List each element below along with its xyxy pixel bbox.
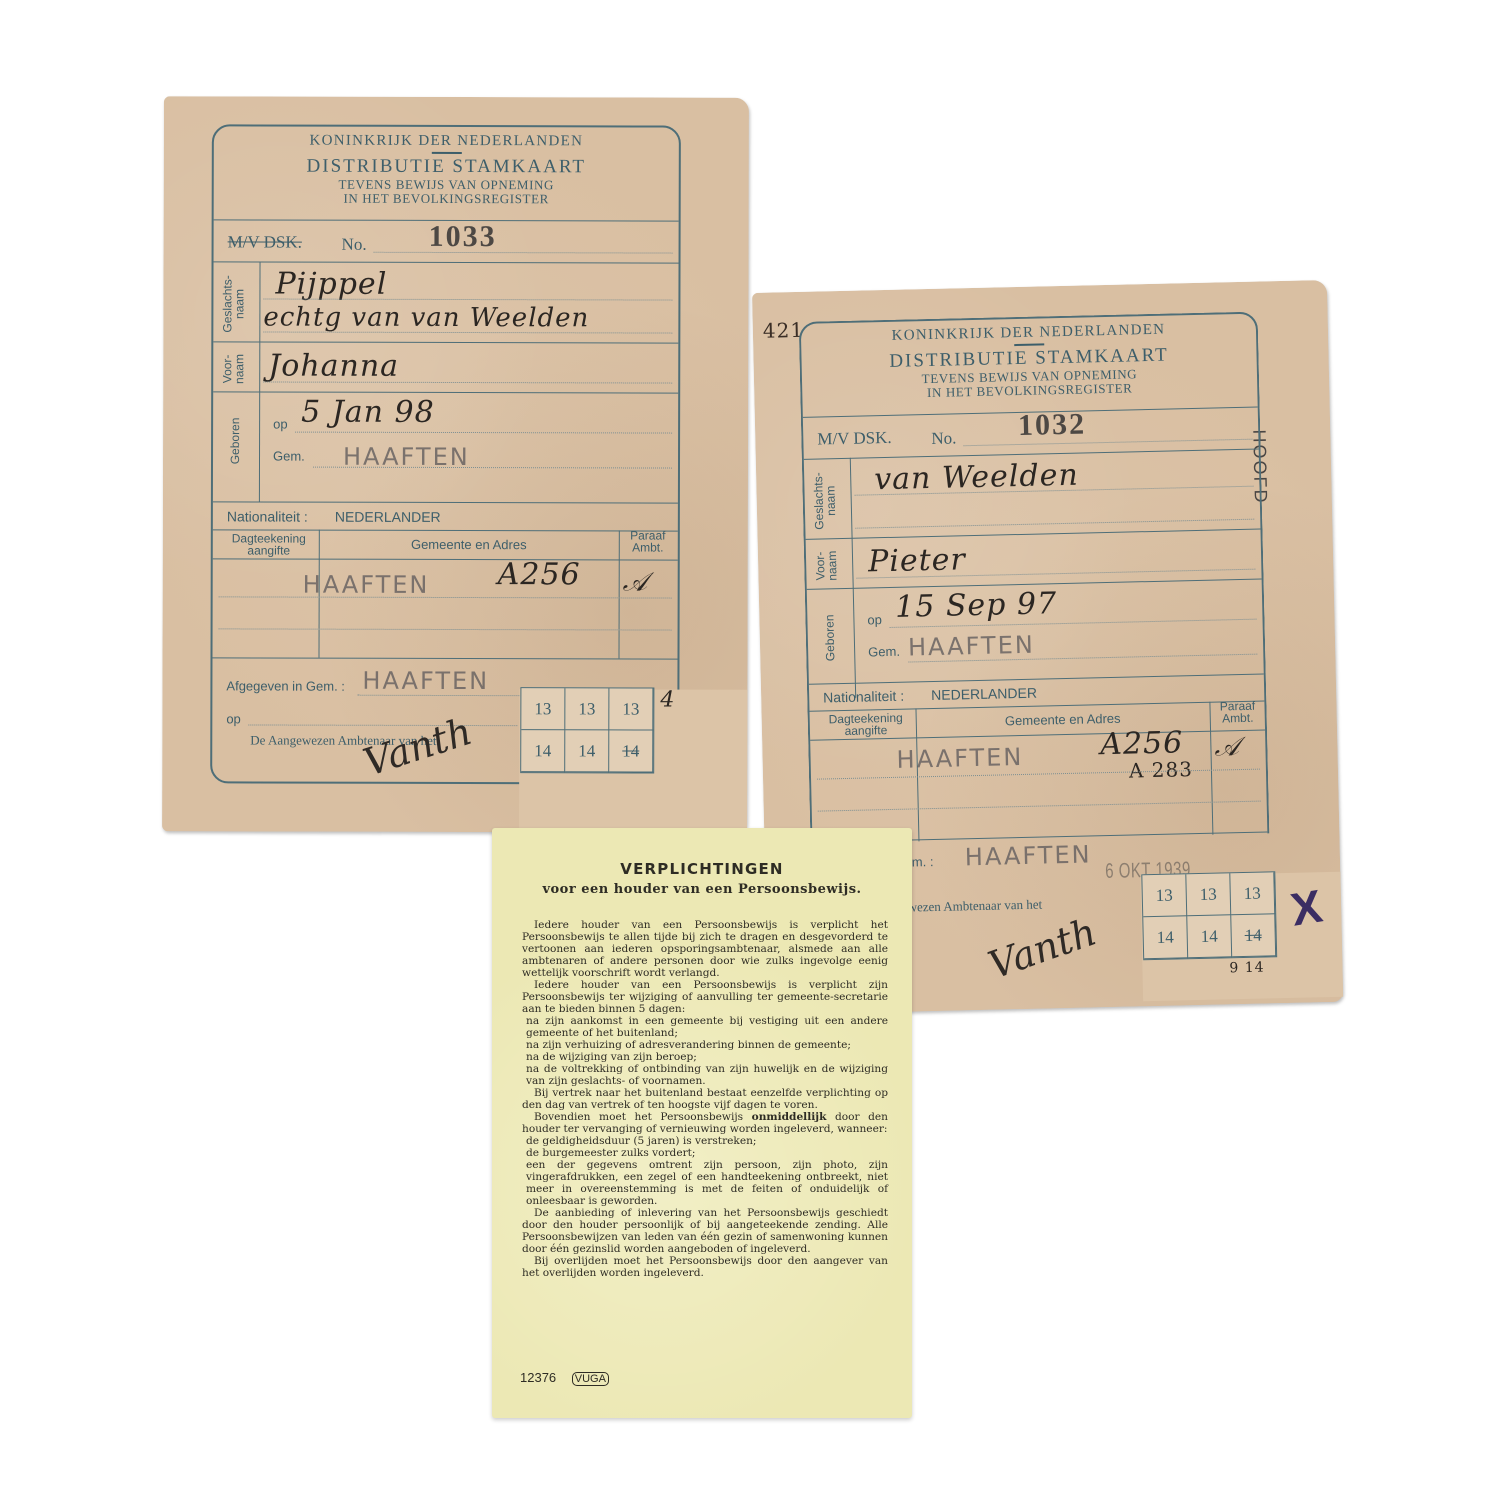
paraaf-column-header: Paraaf Ambt. xyxy=(1209,699,1266,724)
card-frame: KONINKRIJK DER NEDERLANDEN DISTRIBUTIE S… xyxy=(210,124,681,784)
coupon-cell: 13 xyxy=(1142,874,1187,917)
row-divider xyxy=(213,391,678,393)
margin-note: 421 xyxy=(763,318,805,343)
nationality-value: NEDERLANDER xyxy=(931,685,1037,703)
dotted-line xyxy=(248,724,517,726)
date-column-header: Dagteekening aangifte xyxy=(816,711,917,737)
dotted-line xyxy=(818,801,1261,812)
card-header: KONINKRIJK DER NEDERLANDEN DISTRIBUTIE S… xyxy=(801,320,1258,403)
verplichtingen-leaflet: VERPLICHTINGEN voor een houder van een P… xyxy=(492,828,912,1418)
leaflet-list-item: de burgemeester zulks vordert; xyxy=(522,1147,888,1159)
leaflet-title: VERPLICHTINGEN xyxy=(492,860,912,878)
coupon-cell: 13 xyxy=(609,688,653,730)
nationality-label: Nationaliteit : xyxy=(823,688,904,706)
surname-label: Geslachts- naam xyxy=(812,463,838,539)
birth-place-label: Gem. xyxy=(273,449,305,464)
row-divider xyxy=(213,558,678,560)
leaflet-paragraph: Iedere houder van een Persoonsbewijs is … xyxy=(522,979,888,1015)
paraaf-column-header: Paraaf Ambt. xyxy=(619,529,677,553)
leaflet-paragraph: Bovendien moet het Persoonsbewijs onmidd… xyxy=(522,1111,888,1135)
birth-place-label: Gem. xyxy=(868,644,900,660)
leaflet-list-item: na zijn aankomst in een gemeente bij ves… xyxy=(522,1015,888,1039)
printer-mark: VUGA xyxy=(572,1372,609,1386)
dotted-line xyxy=(374,252,673,254)
leaflet-list-item: na zijn verhuizing of adresverandering b… xyxy=(522,1039,888,1051)
official-signature: Vanth xyxy=(983,910,1102,988)
coupon-grid: 13 13 13 14 14 14 xyxy=(1141,871,1277,960)
address-town-stamp: HAAFTEN xyxy=(303,571,430,599)
form-number: 12376 xyxy=(520,1370,556,1385)
coupon-cell: 13 xyxy=(565,688,609,730)
leaflet-paragraph: De aanbieding of inlevering van het Pers… xyxy=(522,1207,888,1255)
dotted-line xyxy=(855,519,1254,529)
card-number: 1032 xyxy=(1018,407,1087,443)
address-value: A256 xyxy=(498,557,581,592)
coupon-cell: 13 xyxy=(1230,872,1275,915)
dotted-line xyxy=(219,628,672,630)
stamkaart-card-johanna: KONINKRIJK DER NEDERLANDEN DISTRIBUTIE S… xyxy=(162,96,749,833)
divider xyxy=(431,152,461,154)
coupon-initials: 4 xyxy=(660,688,675,713)
birth-place-stamp: HAAFTEN xyxy=(908,631,1035,662)
coupon-cell: 14 xyxy=(565,730,609,772)
leaflet-list-item: na de wijziging van zijn beroep; xyxy=(522,1051,888,1063)
surname-label: Geslachts- naam xyxy=(221,266,245,341)
code-label: M/V DSK. xyxy=(228,232,302,252)
issued-op-label: op xyxy=(226,711,241,726)
birth-date-value: 15 Sep 97 xyxy=(895,586,1058,625)
dotted-line xyxy=(295,432,672,434)
stub-note: 9 14 xyxy=(1229,960,1265,977)
firstname-label: Voor- naam xyxy=(814,538,839,594)
dotted-line xyxy=(263,331,672,333)
nationality-value: NEDERLANDER xyxy=(335,509,441,525)
paraaf-initials: 𝒜 xyxy=(623,567,649,598)
issued-town-stamp: HAAFTEN xyxy=(362,667,489,695)
address-column-header: Gemeente en Adres xyxy=(319,537,619,553)
leaflet-paragraph: Bij vertrek naar het buitenland bestaat … xyxy=(522,1087,888,1111)
row-divider xyxy=(806,529,1261,540)
coupon-cell: 14 xyxy=(1187,915,1232,958)
born-label: Geboren xyxy=(823,590,837,685)
card-number: 1033 xyxy=(429,220,497,254)
no-label: No. xyxy=(931,428,956,449)
firstname-value: Pieter xyxy=(868,542,966,579)
card-frame: KONINKRIJK DER NEDERLANDEN DISTRIBUTIE S… xyxy=(799,312,1270,844)
leaflet-paragraph: Iedere houder van een Persoonsbewijs is … xyxy=(522,919,888,979)
coupon-cell: 14 xyxy=(521,730,565,772)
code-label: M/V DSK. xyxy=(817,428,892,450)
row-divider xyxy=(214,261,679,263)
leaflet-list-item: de geldigheidsduur (5 jaren) is verstrek… xyxy=(522,1135,888,1147)
leaflet-subtitle: voor een houder van een Persoonsbewijs. xyxy=(492,882,912,897)
firstname-value: Johanna xyxy=(268,349,399,384)
born-op-label: op xyxy=(867,612,882,627)
born-label: Geboren xyxy=(229,393,241,488)
leaflet-body: Iedere houder van een Persoonsbewijs is … xyxy=(522,919,888,1279)
coupon-cell: 13 xyxy=(521,688,565,730)
card-title: DISTRIBUTIE STAMKAART xyxy=(214,155,679,178)
divider xyxy=(1014,343,1044,346)
coupon-grid: 13 13 13 14 14 14 xyxy=(520,687,654,773)
date-column-header: Dagteekening aangifte xyxy=(219,532,319,556)
surname-line2-value: echtg van van Weelden xyxy=(263,302,589,333)
surname-value: Pijppel xyxy=(275,267,387,302)
nationality-label: Nationaliteit : xyxy=(227,508,308,524)
birth-date-value: 5 Jan 98 xyxy=(301,395,435,430)
coupon-cell: 14 xyxy=(1231,914,1276,957)
paraaf-initials: 𝒜 xyxy=(1214,732,1240,764)
leaflet-paragraph: Bij overlijden moet het Persoonsbewijs d… xyxy=(522,1255,888,1279)
dotted-line xyxy=(817,769,1260,780)
kingdom-heading: KONINKRIJK DER NEDERLANDEN xyxy=(214,132,679,150)
coupon-cell: 13 xyxy=(1186,873,1231,916)
row-divider xyxy=(213,501,678,503)
label-column-line xyxy=(259,261,261,501)
leaflet-list-item: een der gegevens omtrent zijn persoon, z… xyxy=(522,1159,888,1207)
leaflet-list-item: na de voltrekking of ontbinding van zijn… xyxy=(522,1063,888,1087)
issued-town-stamp: HAAFTEN xyxy=(965,840,1092,871)
no-label: No. xyxy=(342,235,367,255)
dotted-line xyxy=(964,439,1253,447)
row-divider xyxy=(809,673,1264,684)
card-subtitle-2: IN HET BEVOLKINGSREGISTER xyxy=(214,191,679,206)
row-divider xyxy=(212,657,677,659)
leaflet-footer: 12376 VUGA xyxy=(520,1370,609,1386)
issued-label: Afgegeven in Gem. : xyxy=(226,678,345,693)
dotted-line xyxy=(219,596,672,598)
firstname-label: Voor- naam xyxy=(221,341,245,396)
coupon-cell: 14 xyxy=(1143,916,1188,959)
row-divider xyxy=(213,341,678,343)
born-op-label: op xyxy=(273,417,288,432)
card-header: KONINKRIJK DER NEDERLANDEN DISTRIBUTIE S… xyxy=(214,132,679,206)
coupon-cell: 14 xyxy=(609,730,653,772)
address-town-stamp: HAAFTEN xyxy=(896,743,1023,774)
